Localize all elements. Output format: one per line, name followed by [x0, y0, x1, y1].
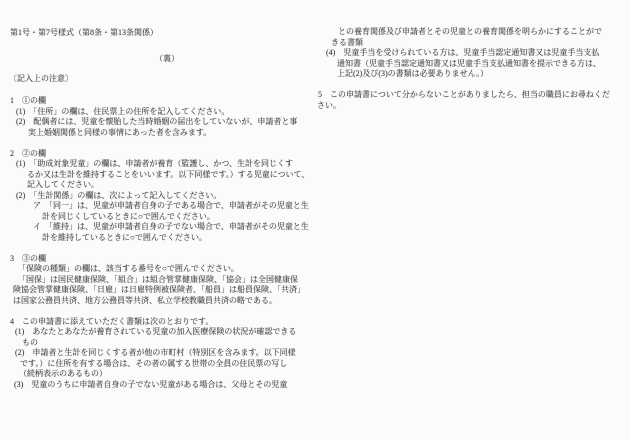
text-line: 通知書（児童手当認定通知書又は児童手当支払通知書を提示できる方は、	[0, 59, 630, 70]
text-line: 険協会管掌健康保険、「日雇」は日雇特例被保険者、「船員」は船員保険、「共済」	[0, 285, 630, 296]
text-line: 2 ②の欄	[0, 149, 630, 160]
text-line: 3 ③の欄	[0, 254, 630, 265]
text-line: は国家公務員共済、地方公務員等共済、私立学校教職員共済の略である。	[0, 296, 630, 307]
text-line: (2) 申請者と生計を同じくする者が他の市町村（特別区を含みます。以下同様	[0, 348, 630, 359]
text-line: (4) 児童手当を受けられている方は、児童手当認定通知書又は児童手当支払	[0, 48, 630, 59]
text-line: 上記(2)及び(3)の書類は必要ありません。）	[0, 69, 630, 80]
text-line: 計を維持しているときに○で囲んでください。	[0, 233, 630, 244]
instructions-left-column: 1 ①の欄(1) 「住所」の欄は、住民票上の住所を記入してください。(2) 配偶…	[0, 96, 630, 390]
text-line	[0, 306, 630, 317]
text-line: (2) 配偶者には、児童を懐胎した当時婚姻の届出をしていないが、申請者と事	[0, 117, 630, 128]
text-line: るか又は生計を維持することをいいます。以下同様です。）する児童について、	[0, 170, 630, 181]
text-line: きる書類	[0, 38, 630, 49]
text-line: との養育関係及び申請者とその児童との養育関係を明らかにすることがで	[0, 27, 630, 38]
text-line: です。）に住所を有する場合は、その者の属する世帯の全員の住民票の写し	[0, 359, 630, 370]
text-line: 計を同じくしているときに○で囲んでください。	[0, 212, 630, 223]
text-line: もの	[0, 338, 630, 349]
text-line: （続柄表示のあるもの）	[0, 369, 630, 380]
text-line: 4 この申請書に添えていただく書類は次のとおりです。	[0, 317, 630, 328]
text-line: 実上婚姻関係と同様の事情にあった者を含みます。	[0, 128, 630, 139]
text-line: 記入してください。	[0, 180, 630, 191]
text-line: ア 「同一」は、児童が申請者自身の子である場合で、申請者がその児童と生	[0, 201, 630, 212]
text-line: (1) あなたとあなたが養育されている児童の加入医療保険の状況が確認できる	[0, 327, 630, 338]
text-line: 「国保」は国民健康保険、「組合」は組合管掌健康保険、「協会」は全国健康保	[0, 275, 630, 286]
text-line: (3) 児童のうちに申請者自身の子でない児童がある場合は、父母とその児童	[0, 380, 630, 391]
text-line: イ 「維持」は、児童が申請者自身の子でない場合で、申請者がその児童と生	[0, 222, 630, 233]
form-back-page: 第1号・第7号様式（第8条・第13条関係） （裏） 〔記入上の注意〕 1 ①の欄…	[0, 0, 630, 439]
text-line: (2) 「生計関係」の欄は、次によって記入してください。	[0, 191, 630, 202]
text-line	[0, 138, 630, 149]
text-line: 5 この申請書について分からないことがありましたら、担当の職員にお尋ねくだ	[0, 90, 630, 101]
text-line: (1) 「助成対象児童」の欄は、申請者が養育（監護し、かつ、生計を同じくす	[0, 159, 630, 170]
text-line: 「保険の種類」の欄は、該当する番号を○で囲んでください。	[0, 264, 630, 275]
instructions-right-column: との養育関係及び申請者とその児童との養育関係を明らかにすることができる書類(4)…	[0, 27, 630, 111]
text-line	[0, 243, 630, 254]
text-line: さい。	[0, 101, 630, 112]
text-line	[0, 80, 630, 91]
